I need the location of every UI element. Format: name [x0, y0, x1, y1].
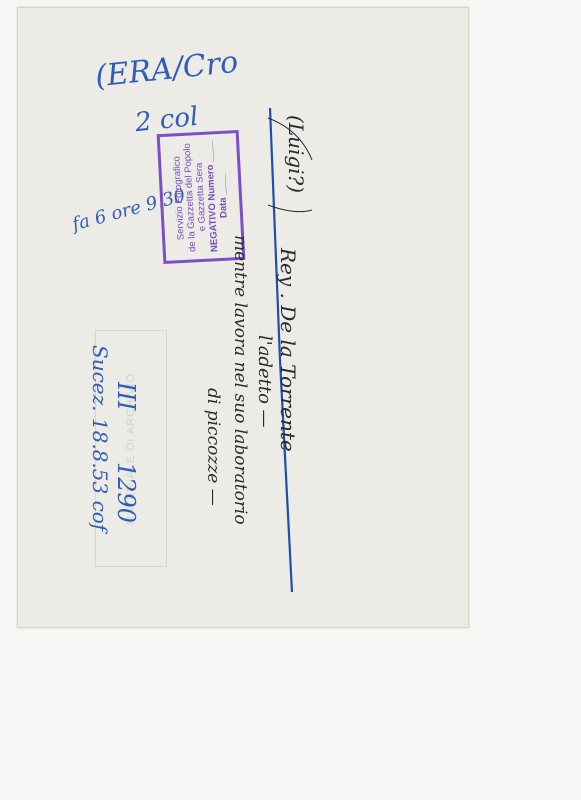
- caption-line3: mentre lavora nel suo laboratorio: [230, 235, 250, 525]
- archive-note-series: III: [112, 382, 140, 410]
- stamp-text: Servizio Fotografico de la Gazzetta del …: [170, 133, 231, 261]
- caption-bracket-note: (Luigi?): [284, 115, 308, 193]
- caption-line2: l'adetto —: [254, 335, 275, 428]
- archive-note-number: 1290: [112, 462, 140, 523]
- caption-line1: Rey . De la Torrente: [276, 248, 300, 452]
- caption-line4: di piccozze —: [203, 388, 223, 506]
- archive-note-date: Sucez. 18.8.53 cof: [88, 345, 112, 531]
